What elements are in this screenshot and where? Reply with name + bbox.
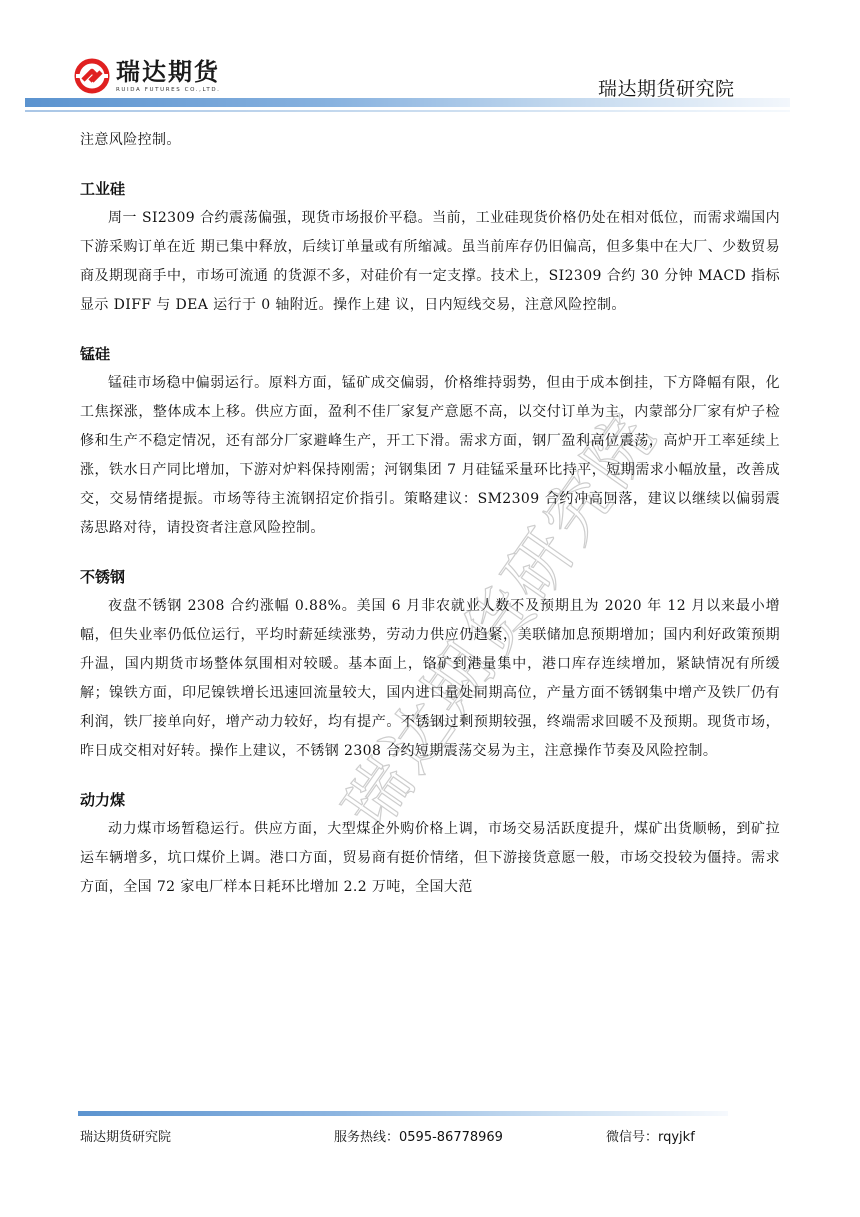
page-footer: 瑞达期货研究院 服务热线：0595-86778969 微信号：rqyjkf (80, 1126, 760, 1146)
footer-institute-name: 瑞达期货研究院 (80, 1126, 171, 1145)
footer-divider-band (78, 1111, 728, 1116)
header-divider-line (25, 110, 790, 112)
section-paragraph: 周一 SI2309 合约震荡偏强，现货市场报价平稳。当前，工业硅现货价格仍处在相… (80, 204, 780, 320)
header-title: 瑞达期货研究院 (598, 74, 735, 101)
section-paragraph: 夜盘不锈钢 2308 合约涨幅 0.88%。美国 6 月非农就业人数不及预期且为… (80, 592, 780, 766)
footer-wechat: 微信号：rqyjkf (606, 1126, 695, 1145)
intro-tail-text: 注意风险控制。 (80, 126, 780, 155)
report-body: 注意风险控制。 工业硅 周一 SI2309 合约震荡偏强，现货市场报价平稳。当前… (80, 126, 780, 902)
section-paragraph: 锰硅市场稳中偏弱运行。原料方面，锰矿成交偏弱，价格维持弱势，但由于成本倒挂，下方… (80, 369, 780, 543)
header-divider-band (25, 98, 790, 107)
logo-english-name: RUIDA FUTURES CO.,LTD. (116, 86, 221, 94)
section-stainless-steel: 不锈钢 夜盘不锈钢 2308 合约涨幅 0.88%。美国 6 月非农就业人数不及… (80, 563, 780, 766)
section-title: 不锈钢 (80, 563, 780, 592)
section-industrial-silicon: 工业硅 周一 SI2309 合约震荡偏强，现货市场报价平稳。当前，工业硅现货价格… (80, 175, 780, 320)
company-logo: 瑞达期货 RUIDA FUTURES CO.,LTD. (74, 58, 221, 94)
section-paragraph: 动力煤市场暂稳运行。供应方面，大型煤企外购价格上调，市场交易活跃度提升，煤矿出货… (80, 815, 780, 902)
page-header: 瑞达期货 RUIDA FUTURES CO.,LTD. 瑞达期货研究院 (0, 0, 860, 120)
section-title: 锰硅 (80, 340, 780, 369)
section-silicomanganese: 锰硅 锰硅市场稳中偏弱运行。原料方面，锰矿成交偏弱，价格维持弱势，但由于成本倒挂… (80, 340, 780, 543)
ruida-logo-icon (74, 58, 110, 94)
section-thermal-coal: 动力煤 动力煤市场暂稳运行。供应方面，大型煤企外购价格上调，市场交易活跃度提升，… (80, 786, 780, 902)
section-title: 动力煤 (80, 786, 780, 815)
section-title: 工业硅 (80, 175, 780, 204)
footer-hotline: 服务热线：0595-86778969 (334, 1126, 503, 1145)
logo-chinese-name: 瑞达期货 (116, 59, 221, 85)
